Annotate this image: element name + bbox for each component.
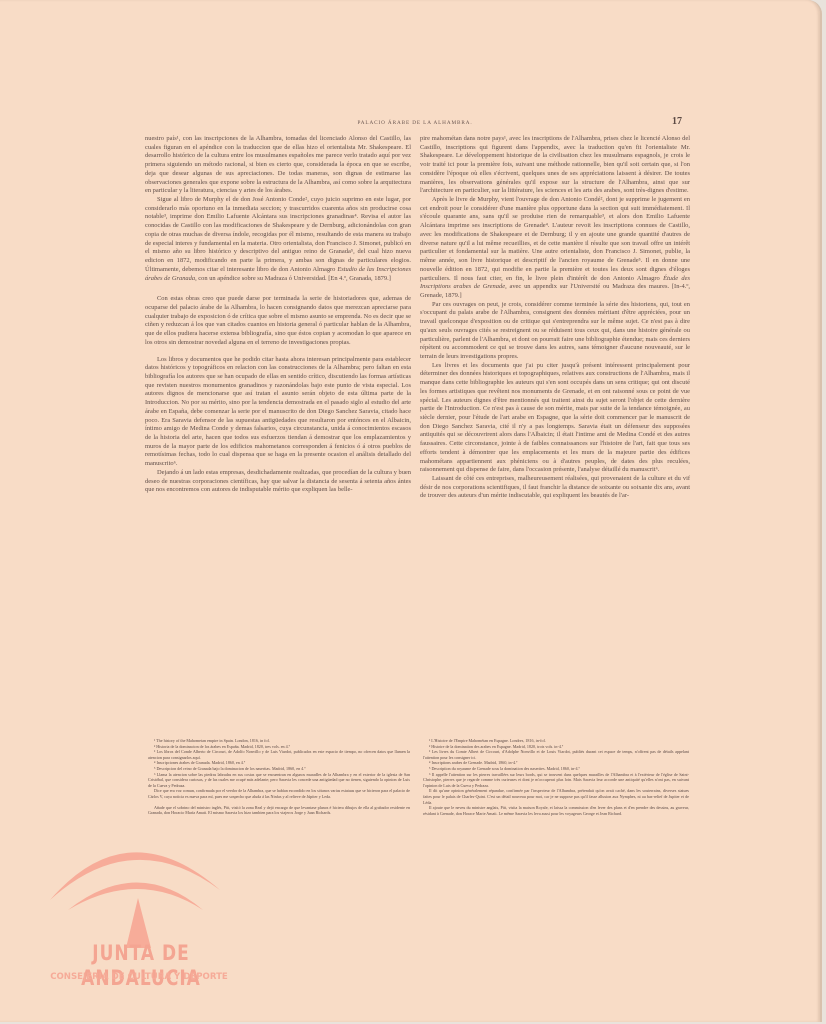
footnotes-french: ¹ L'Histoire de l'Empire Mahométan en Es… — [423, 738, 689, 816]
watermark-title: JUNTA DE ANDALUCIA — [46, 941, 236, 991]
paragraph: pire mahométan dans notre pays¹, avec le… — [420, 135, 690, 196]
paragraph: Los libros y documentos que he podido ci… — [145, 356, 411, 469]
footnote: Il ajoute que le neveu du ministre angla… — [423, 805, 689, 816]
paragraph: nuestro país¹, con las inscripciones de … — [145, 135, 411, 196]
watermark-subtitle: CONSEJERÍA DE CULTURA Y DEPORTE — [34, 972, 244, 982]
paragraph: Laissant de côté ces entreprises, malheu… — [420, 475, 690, 501]
footnote: Añade que el sobrino del ministro inglés… — [148, 805, 410, 816]
footnote: ⁶ Llama la atencion sobre las piedras la… — [148, 772, 410, 789]
footnote: ⁶ Il appelle l'attention sur les pierres… — [423, 772, 689, 789]
spanish-column: nuestro país¹, con las inscripciones de … — [145, 135, 411, 495]
french-column: pire mahométan dans notre pays¹, avec le… — [420, 135, 690, 501]
footnote: ³ Les livres du Comte Albert de Circourt… — [423, 749, 689, 760]
running-head: PALACIO ÁRABE DE LA ALHAMBRA. 17 — [140, 116, 690, 130]
paragraph: Les livres et les documents que j'ai pu … — [420, 362, 690, 475]
paragraph: Con estas obras creo que puede darse por… — [145, 295, 411, 347]
running-title: PALACIO ÁRABE DE LA ALHAMBRA. — [140, 120, 690, 126]
paragraph: Par ces ouvrages on peut, je crois, cons… — [420, 301, 690, 362]
paragraph: Sigue al libro de Murphy el de don José … — [145, 196, 411, 283]
paragraph: Après le livre de Murphy, vient l'ouvrag… — [420, 196, 690, 301]
paragraph: Dejando á un lado estas empresas, desdic… — [145, 469, 411, 495]
footnote: Il dit qu'une opinion généralement répan… — [423, 788, 689, 805]
footnote: Dice que era voz comun, confirmada por e… — [148, 788, 410, 799]
junta-arch-logo-icon — [38, 830, 248, 950]
document-page: PALACIO ÁRABE DE LA ALHAMBRA. 17 nuestro… — [0, 0, 822, 1022]
footnote: ³ Los libros del Conde Alberto de Circou… — [148, 749, 410, 760]
footnotes-spanish: ¹ The history of the Mahometan empire in… — [148, 738, 410, 816]
junta-de-andalucia-watermark: JUNTA DE ANDALUCIA CONSEJERÍA DE CULTURA… — [38, 830, 248, 1000]
page-number: 17 — [672, 116, 682, 127]
